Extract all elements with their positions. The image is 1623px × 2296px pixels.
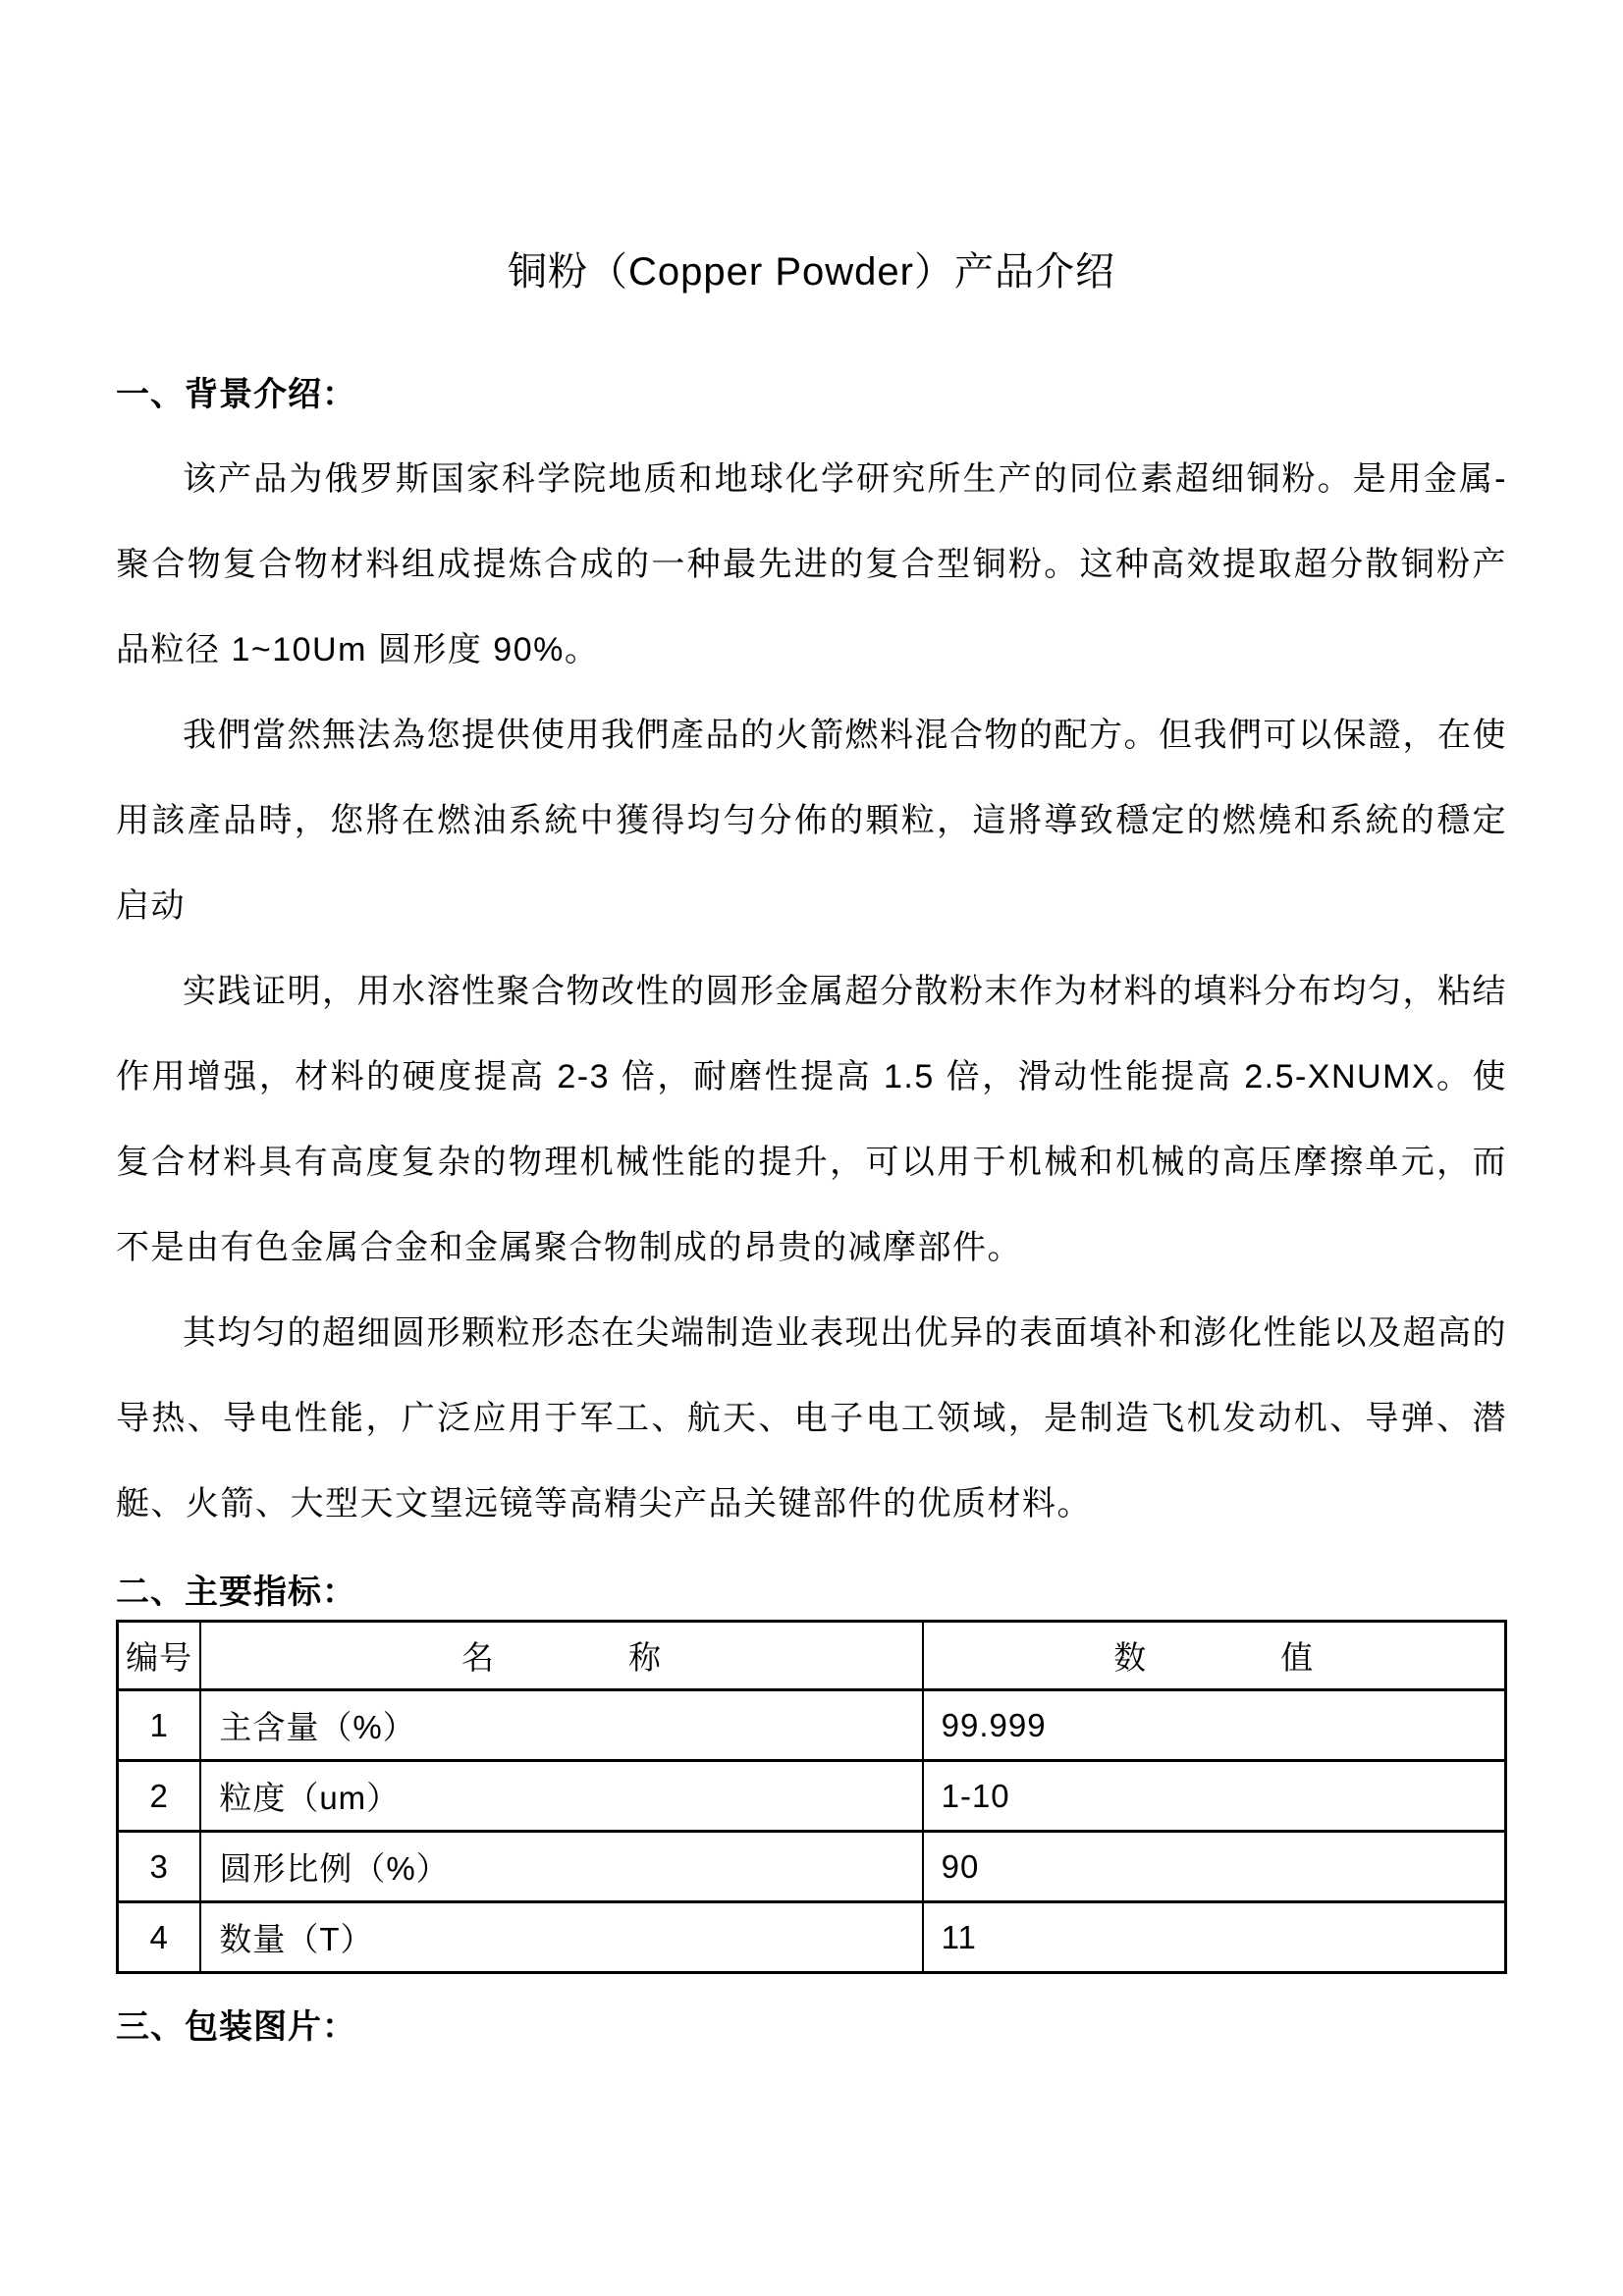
paragraph-1: 该产品为俄罗斯国家科学院地质和地球化学研究所生产的同位素超细铜粉。是用金属-聚合… [116, 437, 1507, 693]
row-name: 圆形比例（%） [200, 1832, 922, 1902]
section-1-body: 该产品为俄罗斯国家科学院地质和地球化学研究所生产的同位素超细铜粉。是用金属-聚合… [116, 437, 1507, 1547]
section-2-heading: 二、主要指标： [116, 1573, 1507, 1612]
row-name: 主含量（%） [200, 1690, 922, 1761]
header-cell-name: 名 称 [200, 1622, 922, 1690]
section-1-heading: 一、背景介绍： [116, 375, 1507, 414]
indicators-table: 编号 名 称 数 值 1 主含量（%） 99.999 2 粒度（um） 1-10… [116, 1620, 1507, 1974]
table-row: 4 数量（T） 11 [118, 1902, 1506, 1973]
header-cell-number: 编号 [118, 1622, 201, 1690]
table-row: 2 粒度（um） 1-10 [118, 1761, 1506, 1832]
table-header-row: 编号 名 称 数 值 [118, 1622, 1506, 1690]
header-cell-value: 数 值 [923, 1622, 1506, 1690]
row-name: 数量（T） [200, 1902, 922, 1973]
section-3-heading: 三、包装图片： [116, 2007, 1507, 2047]
row-value: 90 [923, 1832, 1506, 1902]
document-page: 铜粉（Copper Powder）产品介绍 一、背景介绍： 该产品为俄罗斯国家科… [0, 0, 1623, 2296]
row-name: 粒度（um） [200, 1761, 922, 1832]
row-value: 11 [923, 1902, 1506, 1973]
paragraph-4: 其均匀的超细圆形颗粒形态在尖端制造业表现出优异的表面填补和澎化性能以及超高的导热… [116, 1291, 1507, 1547]
row-number: 2 [118, 1761, 201, 1832]
row-value: 99.999 [923, 1690, 1506, 1761]
row-value: 1-10 [923, 1761, 1506, 1832]
document-title: 铜粉（Copper Powder）产品介绍 [116, 247, 1507, 296]
table-row: 3 圆形比例（%） 90 [118, 1832, 1506, 1902]
paragraph-3: 实践证明，用水溶性聚合物改性的圆形金属超分散粉末作为材料的填料分布均匀，粘结作用… [116, 949, 1507, 1291]
table-row: 1 主含量（%） 99.999 [118, 1690, 1506, 1761]
paragraph-2: 我們當然無法為您提供使用我們產品的火箭燃料混合物的配方。但我們可以保證，在使用該… [116, 693, 1507, 949]
row-number: 1 [118, 1690, 201, 1761]
row-number: 3 [118, 1832, 201, 1902]
row-number: 4 [118, 1902, 201, 1973]
